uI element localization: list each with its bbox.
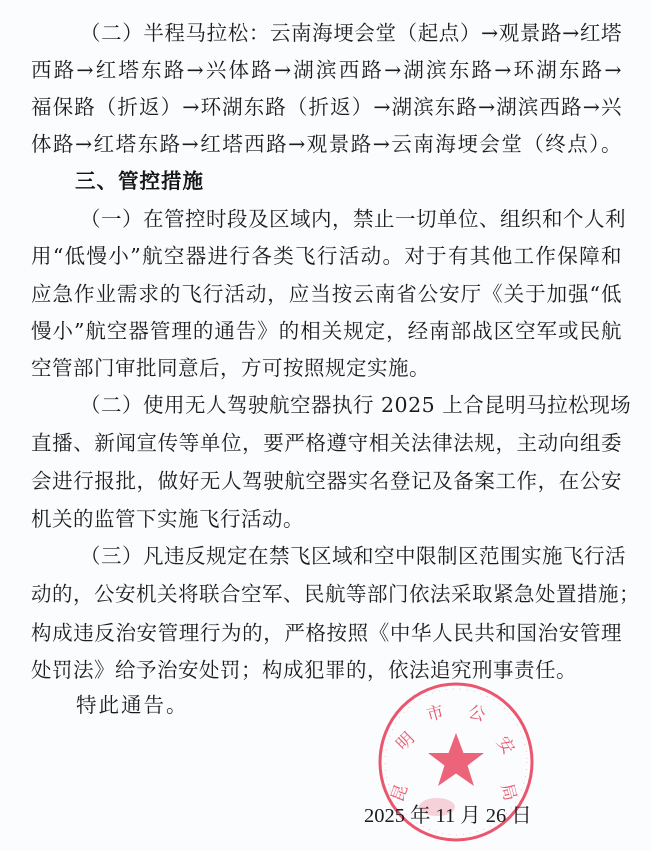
date-day: 26 [486,805,507,827]
route-line-3: 福保路（折返）→环湖东路（折返）→湖滨东路→湖滨西路→兴 [31,92,622,122]
seal-char-4: 公 [466,702,488,726]
measure-1-line-2: 用“低慢小”航空器进行各类飞行活动。对于有其他工作保障和 [31,241,622,271]
measure-2-line-1: （二）使用无人驾驶航空器执行 2025 上合昆明马拉松现场 [80,390,622,420]
document-page: （二）半程马拉松：云南海埂会堂（起点）→观景路→红塔 西路→红塔东路→兴体路→湖… [0,0,651,850]
measure-1-line-3: 应急作业需求的飞行活动，应当按云南省公安厅《关于加强“低 [31,279,622,309]
measure-2-line-4: 机关的监管下实施飞行活动。 [31,504,622,534]
date-month: 11 [436,805,456,827]
date-month-unit: 月 [455,803,486,827]
route-line-2: 西路→红塔东路→兴体路→湖滨西路→湖滨东路→环湖东路→ [31,55,622,85]
seal-char-2: 明 [393,729,419,755]
route-line-4: 体路→红塔东路→红塔西路→观景路→云南海埂会堂（终点）。 [31,129,622,159]
measure-1-line-4: 慢小”航空器管理的通告》的相关规定，经南部战区空军或民航 [31,316,622,346]
closing-text: 特此通告。 [76,690,189,720]
measure-1-line-1: （一）在管控时段及区域内，禁止一切单位、组织和个人利 [80,204,622,234]
measure-2-line-2: 直播、新闻宣传等单位，要严格遵守相关法律法规，主动向组委 [31,428,622,458]
measure-1-line-5: 空管部门审批同意后，方可按照规定实施。 [31,353,622,383]
measure-3-line-3: 构成违反治安管理行为的，严格按照《中华人民共和国治安管理 [31,618,622,648]
issue-date: 2025年11月26日 [364,800,537,830]
measure-3-line-2: 动的，公安机关将联合空军、民航等部门依法采取紧急处置措施； [31,579,622,609]
date-year: 2025 [364,805,405,827]
section-heading: 三、管控措施 [75,166,204,196]
date-day-unit: 日 [506,803,537,827]
measure-2-line-3: 会进行报批，做好无人驾驶航空器实名登记及备案工作，在公安 [31,466,622,496]
route-line-1: （二）半程马拉松：云南海埂会堂（起点）→观景路→红塔 [80,18,622,48]
date-year-unit: 年 [405,803,436,827]
seal-char-5: 安 [492,733,518,758]
seal-char-3: 市 [424,702,446,726]
measure-3-line-1: （三）凡违反规定在禁飞区域和空中限制区范围实施飞行活 [80,541,622,571]
